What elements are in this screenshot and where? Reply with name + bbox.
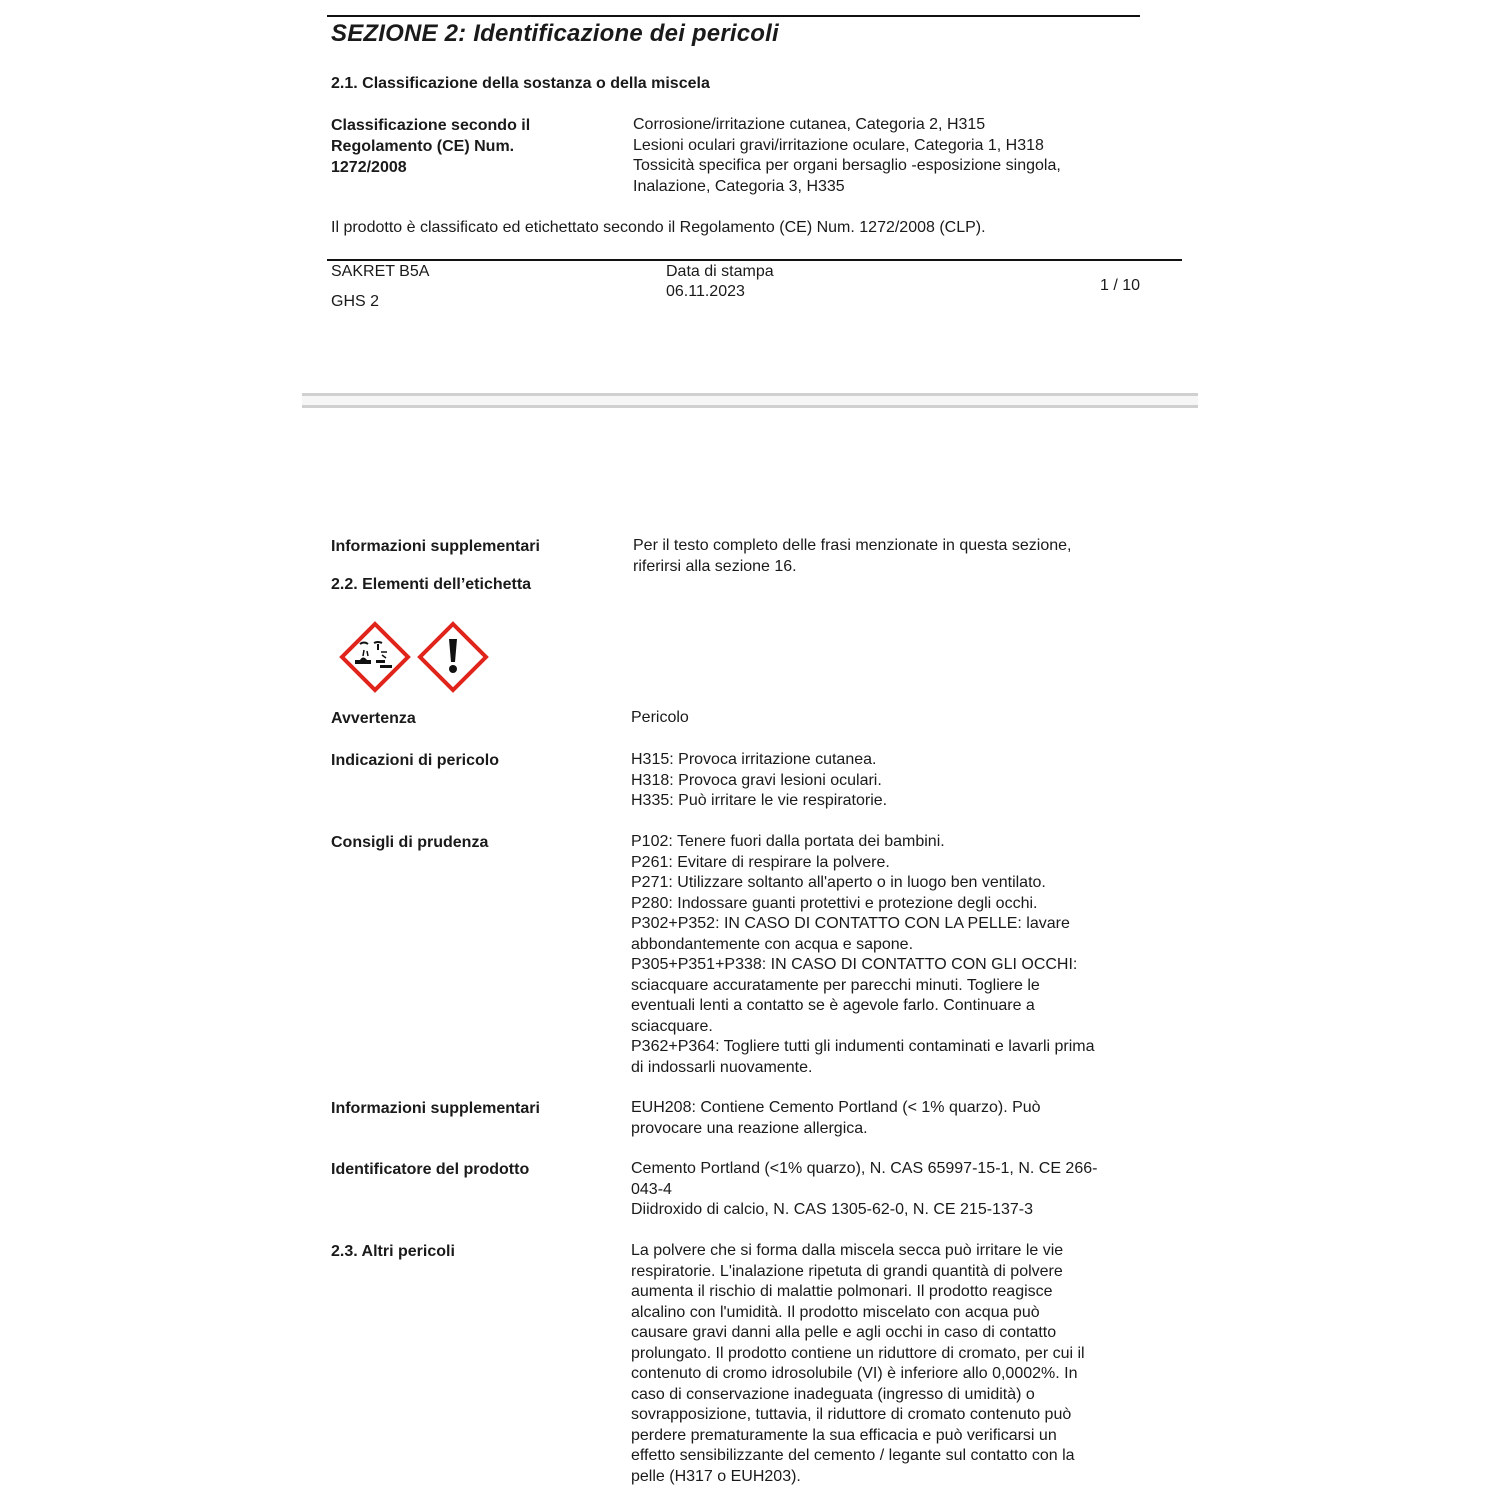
text-line: Per il testo completo delle frasi menzio… bbox=[633, 536, 1071, 557]
classification-label: Classificazione secondo ilRegolamento (C… bbox=[331, 115, 530, 178]
classification-label-line: 1272/2008 bbox=[331, 157, 530, 178]
text-line: caso di conservazione inadeguata (ingres… bbox=[631, 1385, 1085, 1406]
product-identifier-list: Cemento Portland (<1% quarzo), N. CAS 65… bbox=[631, 1159, 1097, 1221]
precautionary-statement-line: P261: Evitare di respirare la polvere. bbox=[631, 853, 1095, 874]
classification-line: Tossicità specifica per organi bersaglio… bbox=[633, 156, 1061, 177]
footer-page-number: 1 / 10 bbox=[1100, 276, 1140, 296]
precautionary-statement-line: abbondantemente con acqua e sapone. bbox=[631, 935, 1095, 956]
classification-label-line: Classificazione secondo il bbox=[331, 115, 530, 136]
footer-print-date: 06.11.2023 bbox=[666, 282, 745, 302]
hazard-statement: H335: Può irritare le vie respiratorie. bbox=[631, 791, 887, 812]
footer-print-date-label: Data di stampa bbox=[666, 262, 774, 282]
signal-word-value: Pericolo bbox=[631, 708, 689, 729]
section-title: SEZIONE 2: Identificazione dei pericoli bbox=[331, 20, 779, 48]
precautionary-statement-line: P271: Utilizzare soltanto all'aperto o i… bbox=[631, 873, 1095, 894]
classification-label-line: Regolamento (CE) Num. bbox=[331, 136, 530, 157]
precautionary-statement-line: P362+P364: Togliere tutti gli indumenti … bbox=[631, 1037, 1095, 1058]
precautionary-statement-line: P302+P352: IN CASO DI CONTATTO CON LA PE… bbox=[631, 914, 1095, 935]
text-line: contenuto di cromo idrosolubile (VI) è i… bbox=[631, 1364, 1085, 1385]
footer-product: SAKRET B5A bbox=[331, 262, 429, 282]
precautionary-statement-line: sciacquare. bbox=[631, 1017, 1095, 1038]
text-line: respiratorie. L'inalazione ripetuta di g… bbox=[631, 1262, 1085, 1283]
text-line: effetto sensibilizzante del cemento / le… bbox=[631, 1446, 1085, 1467]
clp-note: Il prodotto è classificato ed etichettat… bbox=[331, 218, 986, 239]
precautionary-statements-list: P102: Tenere fuori dalla portata dei bam… bbox=[631, 832, 1095, 1078]
text-line: La polvere che si forma dalla miscela se… bbox=[631, 1241, 1085, 1262]
classification-values: Corrosione/irritazione cutanea, Categori… bbox=[633, 115, 1061, 197]
precautionary-statements-label: Consigli di prudenza bbox=[331, 832, 488, 853]
corrosion-pictogram-icon bbox=[338, 620, 412, 694]
hazard-statement: H318: Provoca gravi lesioni oculari. bbox=[631, 771, 887, 792]
hazard-statements-label: Indicazioni di pericolo bbox=[331, 750, 499, 771]
precautionary-statement-line: eventuali lenti a contatto se è agevole … bbox=[631, 996, 1095, 1017]
precautionary-statement-line: P305+P351+P338: IN CASO DI CONTATTO CON … bbox=[631, 955, 1095, 976]
top-rule bbox=[327, 15, 1140, 17]
supplementary-info-text-2: EUH208: Contiene Cemento Portland (< 1% … bbox=[631, 1098, 1041, 1139]
other-hazards-text: La polvere che si forma dalla miscela se… bbox=[631, 1241, 1085, 1487]
footer-version: GHS 2 bbox=[331, 292, 379, 312]
precautionary-statement-line: sciacquare accuratamente per parecchi mi… bbox=[631, 976, 1095, 997]
precautionary-statement-line: P102: Tenere fuori dalla portata dei bam… bbox=[631, 832, 1095, 853]
other-hazards-label: 2.3. Altri pericoli bbox=[331, 1241, 455, 1262]
text-line: alcalino con l'umidità. Il prodotto misc… bbox=[631, 1303, 1085, 1324]
classification-line: Lesioni oculari gravi/irritazione ocular… bbox=[633, 136, 1061, 157]
precautionary-statement-line: di indossarli nuovamente. bbox=[631, 1058, 1095, 1079]
page-gap bbox=[302, 396, 1198, 405]
text-line: prolungato. Il prodotto contiene un ridu… bbox=[631, 1344, 1085, 1365]
product-identifier-label: Identificatore del prodotto bbox=[331, 1159, 529, 1180]
classification-line: Corrosione/irritazione cutanea, Categori… bbox=[633, 115, 1061, 136]
subsection-2-2-heading: 2.2. Elementi dell’etichetta bbox=[331, 576, 531, 594]
text-line: causare gravi danni alla pelle e agli oc… bbox=[631, 1323, 1085, 1344]
supplementary-info-text: Per il testo completo delle frasi menzio… bbox=[633, 536, 1071, 577]
subsection-2-1-heading: 2.1. Classificazione della sostanza o de… bbox=[331, 75, 710, 93]
text-line: aumenta il rischio di malattie polmonari… bbox=[631, 1282, 1085, 1303]
precautionary-statement-line: P280: Indossare guanti protettivi e prot… bbox=[631, 894, 1095, 915]
text-line: pelle (H317 o EUH203). bbox=[631, 1467, 1085, 1488]
identifier-line: Diidroxido di calcio, N. CAS 1305-62-0, … bbox=[631, 1200, 1097, 1221]
text-line: sovrapposizione, tuttavia, il riduttore … bbox=[631, 1405, 1085, 1426]
hazard-statements-list: H315: Provoca irritazione cutanea.H318: … bbox=[631, 750, 887, 812]
hazard-pictograms bbox=[338, 620, 490, 694]
supplementary-info-label-2: Informazioni supplementari bbox=[331, 1098, 540, 1119]
page-separator bbox=[302, 405, 1198, 408]
hazard-statement: H315: Provoca irritazione cutanea. bbox=[631, 750, 887, 771]
identifier-line: Cemento Portland (<1% quarzo), N. CAS 65… bbox=[631, 1159, 1097, 1180]
footer-rule bbox=[327, 259, 1182, 261]
identifier-line: 043-4 bbox=[631, 1180, 1097, 1201]
text-line: EUH208: Contiene Cemento Portland (< 1% … bbox=[631, 1098, 1041, 1119]
text-line: perdere prematuramente la sua efficacia … bbox=[631, 1426, 1085, 1447]
supplementary-info-label: Informazioni supplementari bbox=[331, 536, 540, 557]
text-line: riferirsi alla sezione 16. bbox=[633, 557, 1071, 578]
signal-word-label: Avvertenza bbox=[331, 708, 416, 729]
exclamation-pictogram-icon bbox=[416, 620, 490, 694]
classification-line: Inalazione, Categoria 3, H335 bbox=[633, 177, 1061, 198]
text-line: provocare una reazione allergica. bbox=[631, 1119, 1041, 1140]
